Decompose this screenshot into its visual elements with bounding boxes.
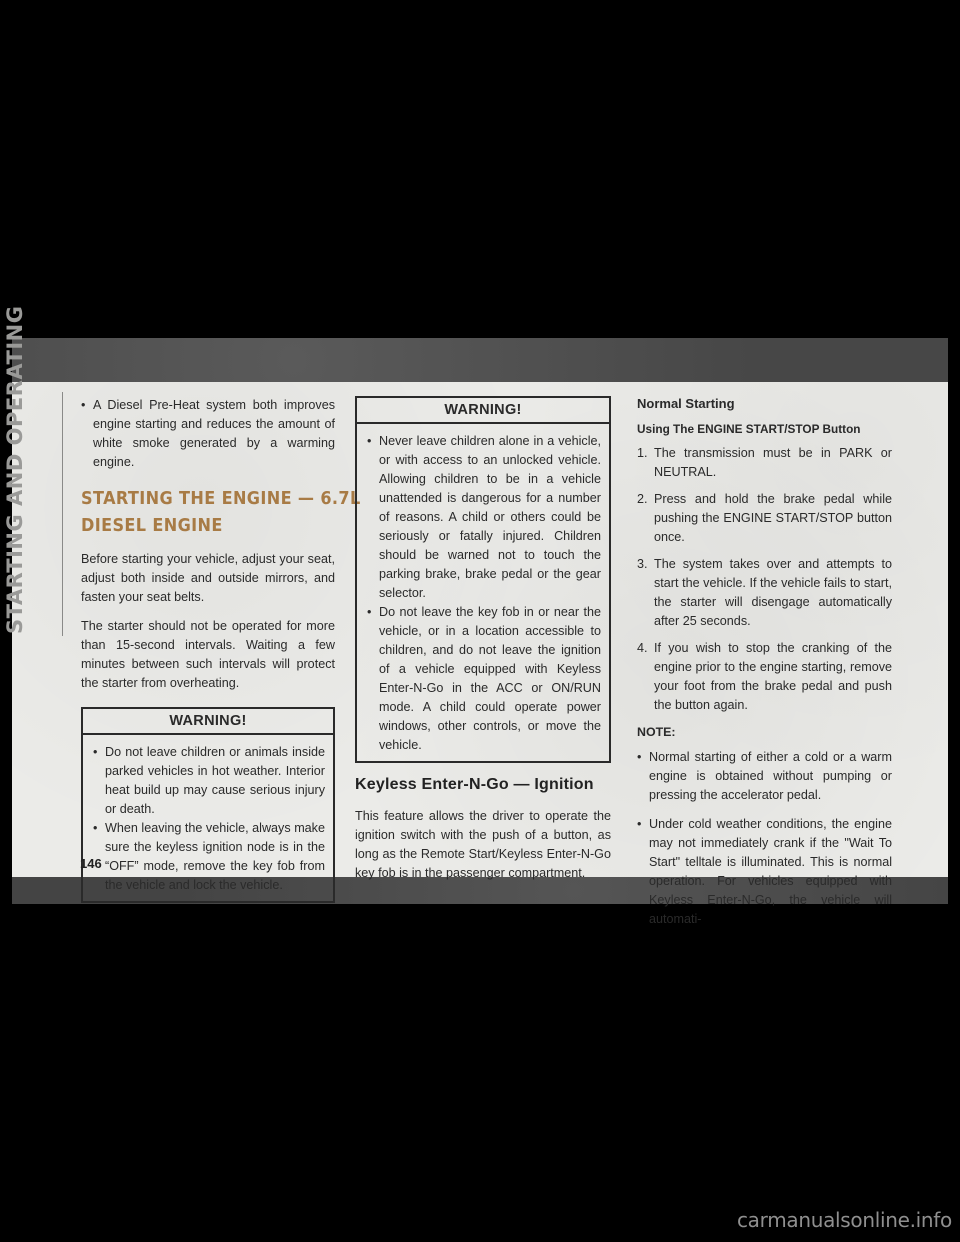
top-texture-band [12,338,948,382]
warning-body: Never leave children alone in a vehicle,… [357,424,609,761]
warning-box-1: WARNING! Do not leave children or animal… [81,707,335,903]
note-item: Under cold weather conditions, the engin… [637,815,892,929]
page-number: 146 [80,856,102,871]
step-item: 3. The system takes over and attempts to… [637,555,892,631]
keyless-heading: Keyless Enter-N-Go — Ignition [355,773,611,797]
warning-item: Do not leave the key fob in or near the … [367,603,601,755]
section-side-label: STARTING AND OPERATING [2,394,28,634]
note-item: Normal starting of either a cold or a wa… [637,748,892,805]
warning-body: Do not leave children or animals inside … [83,735,333,901]
step-number: 3. [637,555,648,574]
step-text: The transmission must be in PARK or NEUT… [654,446,892,479]
column-2: WARNING! Never leave children alone in a… [355,394,611,893]
step-item: 2. Press and hold the brake pedal while … [637,490,892,547]
start-stop-subheading: Using The ENGINE START/STOP Button [637,420,892,438]
side-divider [62,392,63,636]
step-number: 4. [637,639,648,658]
note-label: NOTE: [637,723,892,742]
column-1: A Diesel Pre-Heat system both improves e… [81,396,335,913]
intro-bullet: A Diesel Pre-Heat system both improves e… [81,396,335,472]
step-text: Press and hold the brake pedal while pus… [654,492,892,544]
section-heading-line2: DIESEL ENGINE [81,513,315,540]
section-heading-line1: STARTING THE ENGINE — 6.7L [81,486,315,513]
warning-title: WARNING! [357,398,609,424]
paragraph-starter: The starter should not be operated for m… [81,617,335,693]
warning-item: Do not leave children or animals inside … [93,743,325,819]
section-heading: STARTING THE ENGINE — 6.7L DIESEL ENGINE [81,486,315,540]
step-text: The system takes over and attempts to st… [654,557,892,628]
warning-title: WARNING! [83,709,333,735]
step-number: 1. [637,444,648,463]
step-number: 2. [637,490,648,509]
watermark: carmanualsonline.info [737,1208,952,1232]
normal-starting-heading: Normal Starting [637,394,892,414]
warning-box-2: WARNING! Never leave children alone in a… [355,396,611,763]
paragraph-adjust-seat: Before starting your vehicle, adjust you… [81,550,335,607]
keyless-paragraph: This feature allows the driver to operat… [355,807,611,883]
step-item: 1. The transmission must be in PARK or N… [637,444,892,482]
step-text: If you wish to stop the cranking of the … [654,641,892,712]
step-item: 4. If you wish to stop the cranking of t… [637,639,892,715]
column-3: Normal Starting Using The ENGINE START/S… [637,394,892,939]
warning-item: When leaving the vehicle, always make su… [93,819,325,895]
warning-item: Never leave children alone in a vehicle,… [367,432,601,603]
